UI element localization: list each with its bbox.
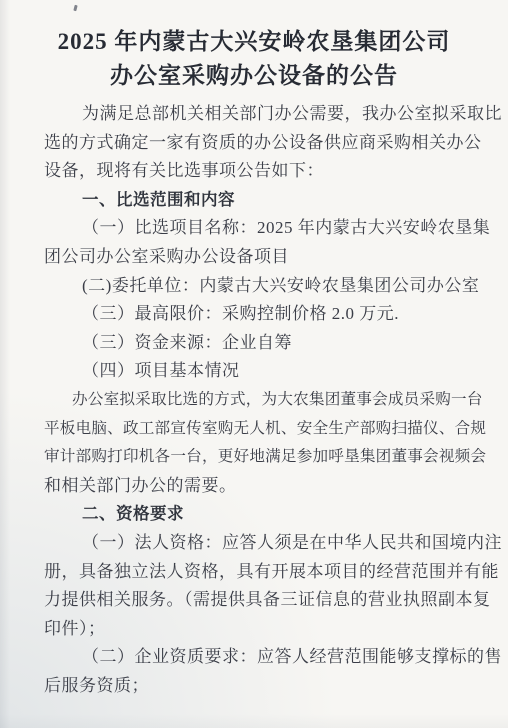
document-line: 和相关部门办公的需要。 [44,472,474,501]
document-line: 为满足总部机关相关部门办公需要，我办公室拟采取比 [44,100,474,129]
document-line: （四）项目基本情况 [44,357,474,386]
document-line: （一）法人资格：应答人须是在中华人民共和国境内注 [44,529,474,558]
document-line: （三）最高限价：采购控制价格 2.0 万元. [44,300,474,329]
document-line: 审计部购打印机各一台，更好地满足参加呼垦集团董事会视频会 [44,443,474,472]
document-line: 印件）； [44,615,474,644]
document-line: （三）资金来源：企业自筹 [44,329,474,358]
document-line: 选的方式确定一家有资质的办公设备供应商采购相关办公 [44,129,474,158]
document-line: 力提供相关服务。（需提供具备三证信息的营业执照副本复 [44,586,474,615]
document-line: （一）比选项目名称：2025 年内蒙古大兴安岭农垦集 [44,214,474,243]
document-line: 设备，现将有关比选事项公告如下： [44,157,474,186]
scan-speck-artifact [73,5,77,12]
document-line: 团公司办公室采购办公设备项目 [44,243,474,272]
document-line: 后服务资质； [44,672,474,701]
scanned-document-page: 2025 年内蒙古大兴安岭农垦集团公司 办公室采购办公设备的公告 为满足总部机关… [0,0,508,728]
document-title-line-1: 2025 年内蒙古大兴安岭农垦集团公司 [0,25,508,59]
document-line: 册，具备独立法人资格，具有开展本项目的经营范围并有能 [44,558,474,587]
document-title: 2025 年内蒙古大兴安岭农垦集团公司 办公室采购办公设备的公告 [0,25,508,93]
document-body: 为满足总部机关相关部门办公需要，我办公室拟采取比选的方式确定一家有资质的办公设备… [44,100,474,700]
document-title-line-2: 办公室采购办公设备的公告 [0,59,508,93]
document-line: 办公室拟采取比选的方式，为大农集团董事会成员采购一台 [44,386,474,415]
document-line: （二）企业资质要求：应答人经营范围能够支撑标的售 [44,643,474,672]
document-line: (二)委托单位：内蒙古大兴安岭农垦集团公司办公室 [44,272,474,301]
section-heading: 二、资格要求 [44,500,474,529]
section-heading: 一、比选范围和内容 [44,186,474,215]
document-line: 平板电脑、政工部宣传室购无人机、安全生产部购扫描仪、合规 [44,415,474,444]
